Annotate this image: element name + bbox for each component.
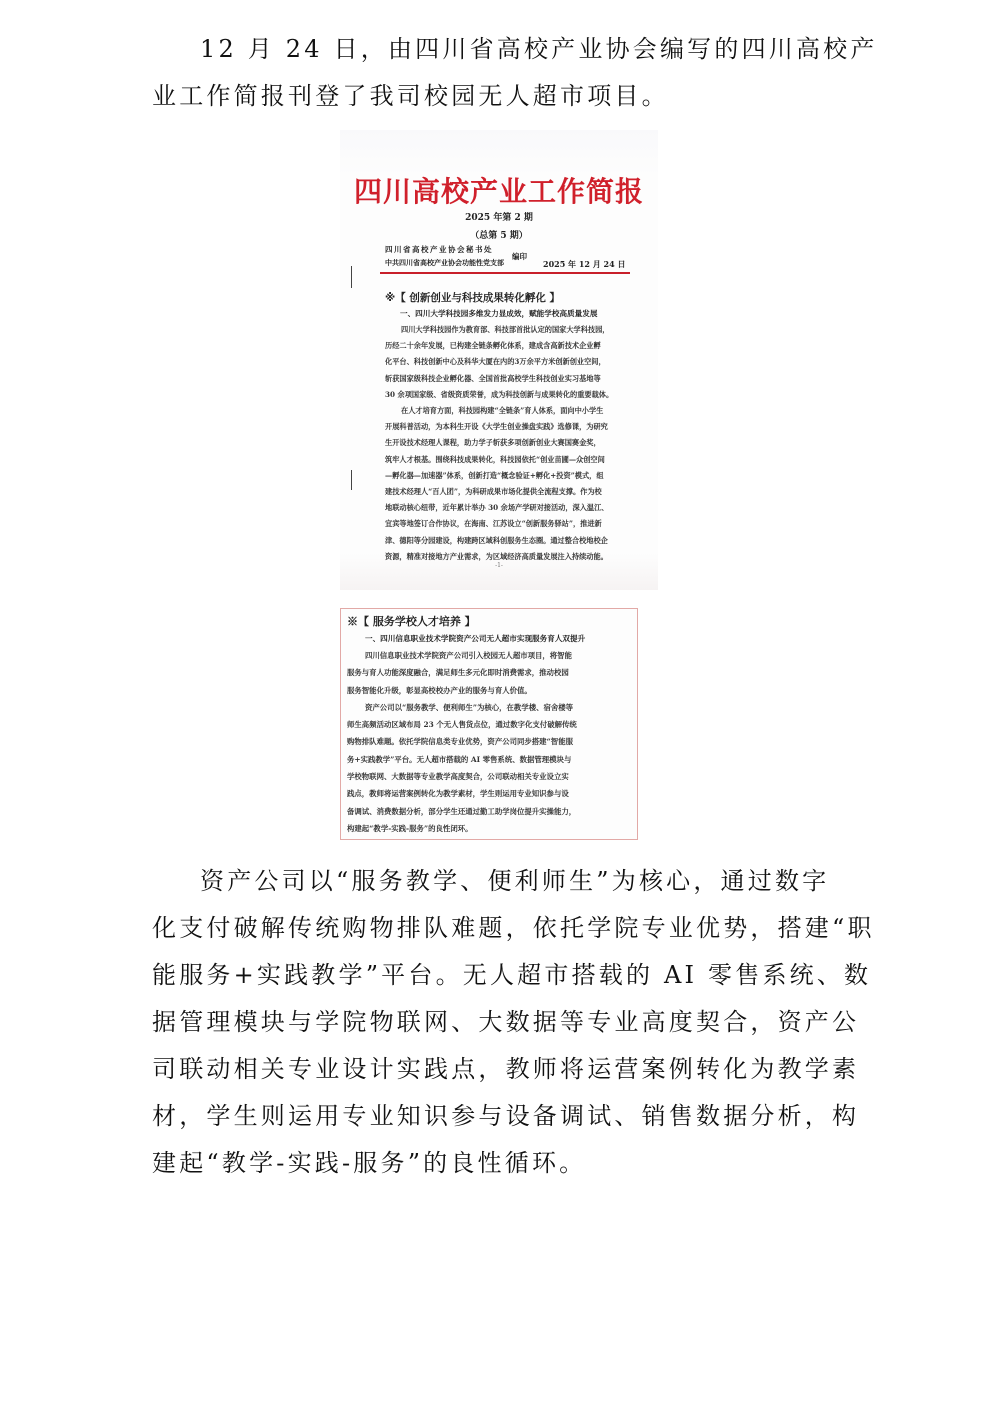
intro-paragraph: 12 月 24 日，由四川省高校产业协会编写的四川高校产 业工作简报刊登了我司校… bbox=[152, 26, 842, 120]
article-line: 化平台、科技创新中心及科华大厦在内的3万余平方米创新创业空间， bbox=[385, 354, 623, 370]
article-line: 开展科普活动，为本科生开设《大学生创业操盘实践》选修课，为研究 bbox=[385, 419, 623, 435]
article-title: 一、四川大学科技园多维发力显成效，赋能学校高质量发展 bbox=[400, 308, 597, 319]
article-line: 服务智能化升级，彰显高校校办产业的服务与育人价值。 bbox=[347, 682, 631, 699]
newsletter-scan-excerpt: ※【 服务学校人才培养 】 一、四川信息职业技术学院资产公司无人超市实现服务育人… bbox=[340, 608, 638, 840]
publish-date: 2025 年 12 月 24 日 bbox=[543, 259, 625, 270]
article-line: 服务与育人功能深度融合，满足师生多元化即时消费需求，推动校园 bbox=[347, 664, 631, 681]
article-line: —孵化器—加速器”体系，创新打造“概念验证+孵化+投资”模式，组 bbox=[385, 468, 623, 484]
article-line: 历经二十余年发展，已构建全链条孵化体系，建成含高新技术企业孵 bbox=[385, 338, 623, 354]
publisher-line-2: 中共四川省高校产业协会功能性党支部 bbox=[385, 258, 504, 268]
publisher-line-1: 四川省高校产业协会秘书处 bbox=[385, 244, 493, 255]
article-line: 津、德阳等分园建设，构建跨区域科创服务生态圈。通过整合校地校企 bbox=[385, 533, 623, 549]
article-line: 地联动核心纽带，近年累计举办 30 余场产学研对接活动，深入温江、 bbox=[385, 500, 623, 516]
article-line: 资产公司以“服务教学、便利师生”为核心，在教学楼、宿舍楼等 bbox=[347, 699, 631, 716]
article-line: 建技术经理人“百人团”，为科研成果市场化提供全流程支撑。作为校 bbox=[385, 484, 623, 500]
total-issue-number: （总第 5 期） bbox=[340, 228, 658, 241]
section-title: ※【 创新创业与科技成果转化孵化 】 bbox=[385, 290, 560, 305]
article-line: 购物排队难题。依托学院信息类专业优势，资产公司同步搭建“智能服 bbox=[347, 733, 631, 750]
article-line: 四川大学科技园作为教育部、科技部首批认定的国家大学科技园， bbox=[385, 322, 623, 338]
margin-mark bbox=[351, 266, 352, 288]
article-line: 生开设技术经理人课程，助力学子斩获多项创新创业大赛国赛金奖， bbox=[385, 435, 623, 451]
article-body: 四川信息职业技术学院资产公司引入校园无人超市项目，将智能服务与育人功能深度融合，… bbox=[347, 647, 631, 837]
body-line: 化支付破解传统购物排队难题，依托学院专业优势，搭建“职 bbox=[152, 905, 842, 952]
article-line: 筑牢人才根基。围绕科技成果转化，科技园依托“创业苗圃—众创空间 bbox=[385, 452, 623, 468]
issue-number: 2025 年第 2 期 bbox=[340, 210, 658, 223]
article-line: 学校物联网、大数据等专业教学高度契合，公司联动相关专业设立实 bbox=[347, 768, 631, 785]
article-line: 践点，教师将运营案例转化为教学素材，学生则运用专业知识参与设 bbox=[347, 785, 631, 802]
section-title: ※【 服务学校人才培养 】 bbox=[347, 613, 476, 629]
article-line: 四川信息职业技术学院资产公司引入校园无人超市项目，将智能 bbox=[347, 647, 631, 664]
compile-label: 编印 bbox=[512, 251, 527, 262]
body-line: 司联动相关专业设计实践点，教师将运营案例转化为教学素 bbox=[152, 1046, 842, 1093]
page-number: -1- bbox=[340, 562, 658, 569]
body-line: 材，学生则运用专业知识参与设备调试、销售数据分析，构 bbox=[152, 1093, 842, 1140]
newsletter-scan-page-1: 四川高校产业工作简报 2025 年第 2 期 （总第 5 期） 四川省高校产业协… bbox=[340, 130, 658, 590]
body-line: 建起“教学-实践-服务”的良性循环。 bbox=[152, 1140, 842, 1187]
article-title: 一、四川信息职业技术学院资产公司无人超市实现服务育人双提升 bbox=[365, 633, 585, 644]
margin-mark bbox=[351, 470, 352, 490]
intro-line: 12 月 24 日，由四川省高校产业协会编写的四川高校产 bbox=[152, 26, 842, 73]
intro-line: 业工作简报刊登了我司校园无人超市项目。 bbox=[152, 73, 842, 120]
article-line: 斩获国家级科技企业孵化器、全国首批高校学生科技创业实习基地等 bbox=[385, 371, 623, 387]
article-body: 四川大学科技园作为教育部、科技部首批认定的国家大学科技园，历经二十余年发展，已构… bbox=[385, 322, 623, 565]
body-line: 能服务+实践教学”平台。无人超市搭载的 AI 零售系统、数 bbox=[152, 952, 842, 999]
body-paragraph: 资产公司以“服务教学、便利师生”为核心，通过数字 化支付破解传统购物排队难题，依… bbox=[152, 858, 842, 1187]
article-line: 构建起“教学-实践-服务”的良性闭环。 bbox=[347, 820, 631, 837]
article-line: 在人才培育方面，科技园构建“全链条”育人体系，面向中小学生 bbox=[385, 403, 623, 419]
article-line: 30 余项国家级、省级资质荣誉，成为科技创新与成果转化的重要载体。 bbox=[385, 387, 623, 403]
newsletter-masthead: 四川高校产业工作简报 bbox=[340, 170, 658, 210]
article-line: 师生高频活动区域布局 23 个无人售货点位，通过数字化支付破解传统 bbox=[347, 716, 631, 733]
body-line: 据管理模块与学院物联网、大数据等专业高度契合，资产公 bbox=[152, 999, 842, 1046]
body-line: 资产公司以“服务教学、便利师生”为核心，通过数字 bbox=[152, 858, 842, 905]
header-rule bbox=[380, 272, 630, 274]
article-line: 备调试、消费数据分析，部分学生还通过勤工助学岗位提升实操能力， bbox=[347, 803, 631, 820]
article-line: 宜宾等地签订合作协议，在海南、江苏设立“创新服务驿站”，推进新 bbox=[385, 516, 623, 532]
article-line: 务+实践教学”平台。无人超市搭载的 AI 零售系统、数据管理模块与 bbox=[347, 751, 631, 768]
